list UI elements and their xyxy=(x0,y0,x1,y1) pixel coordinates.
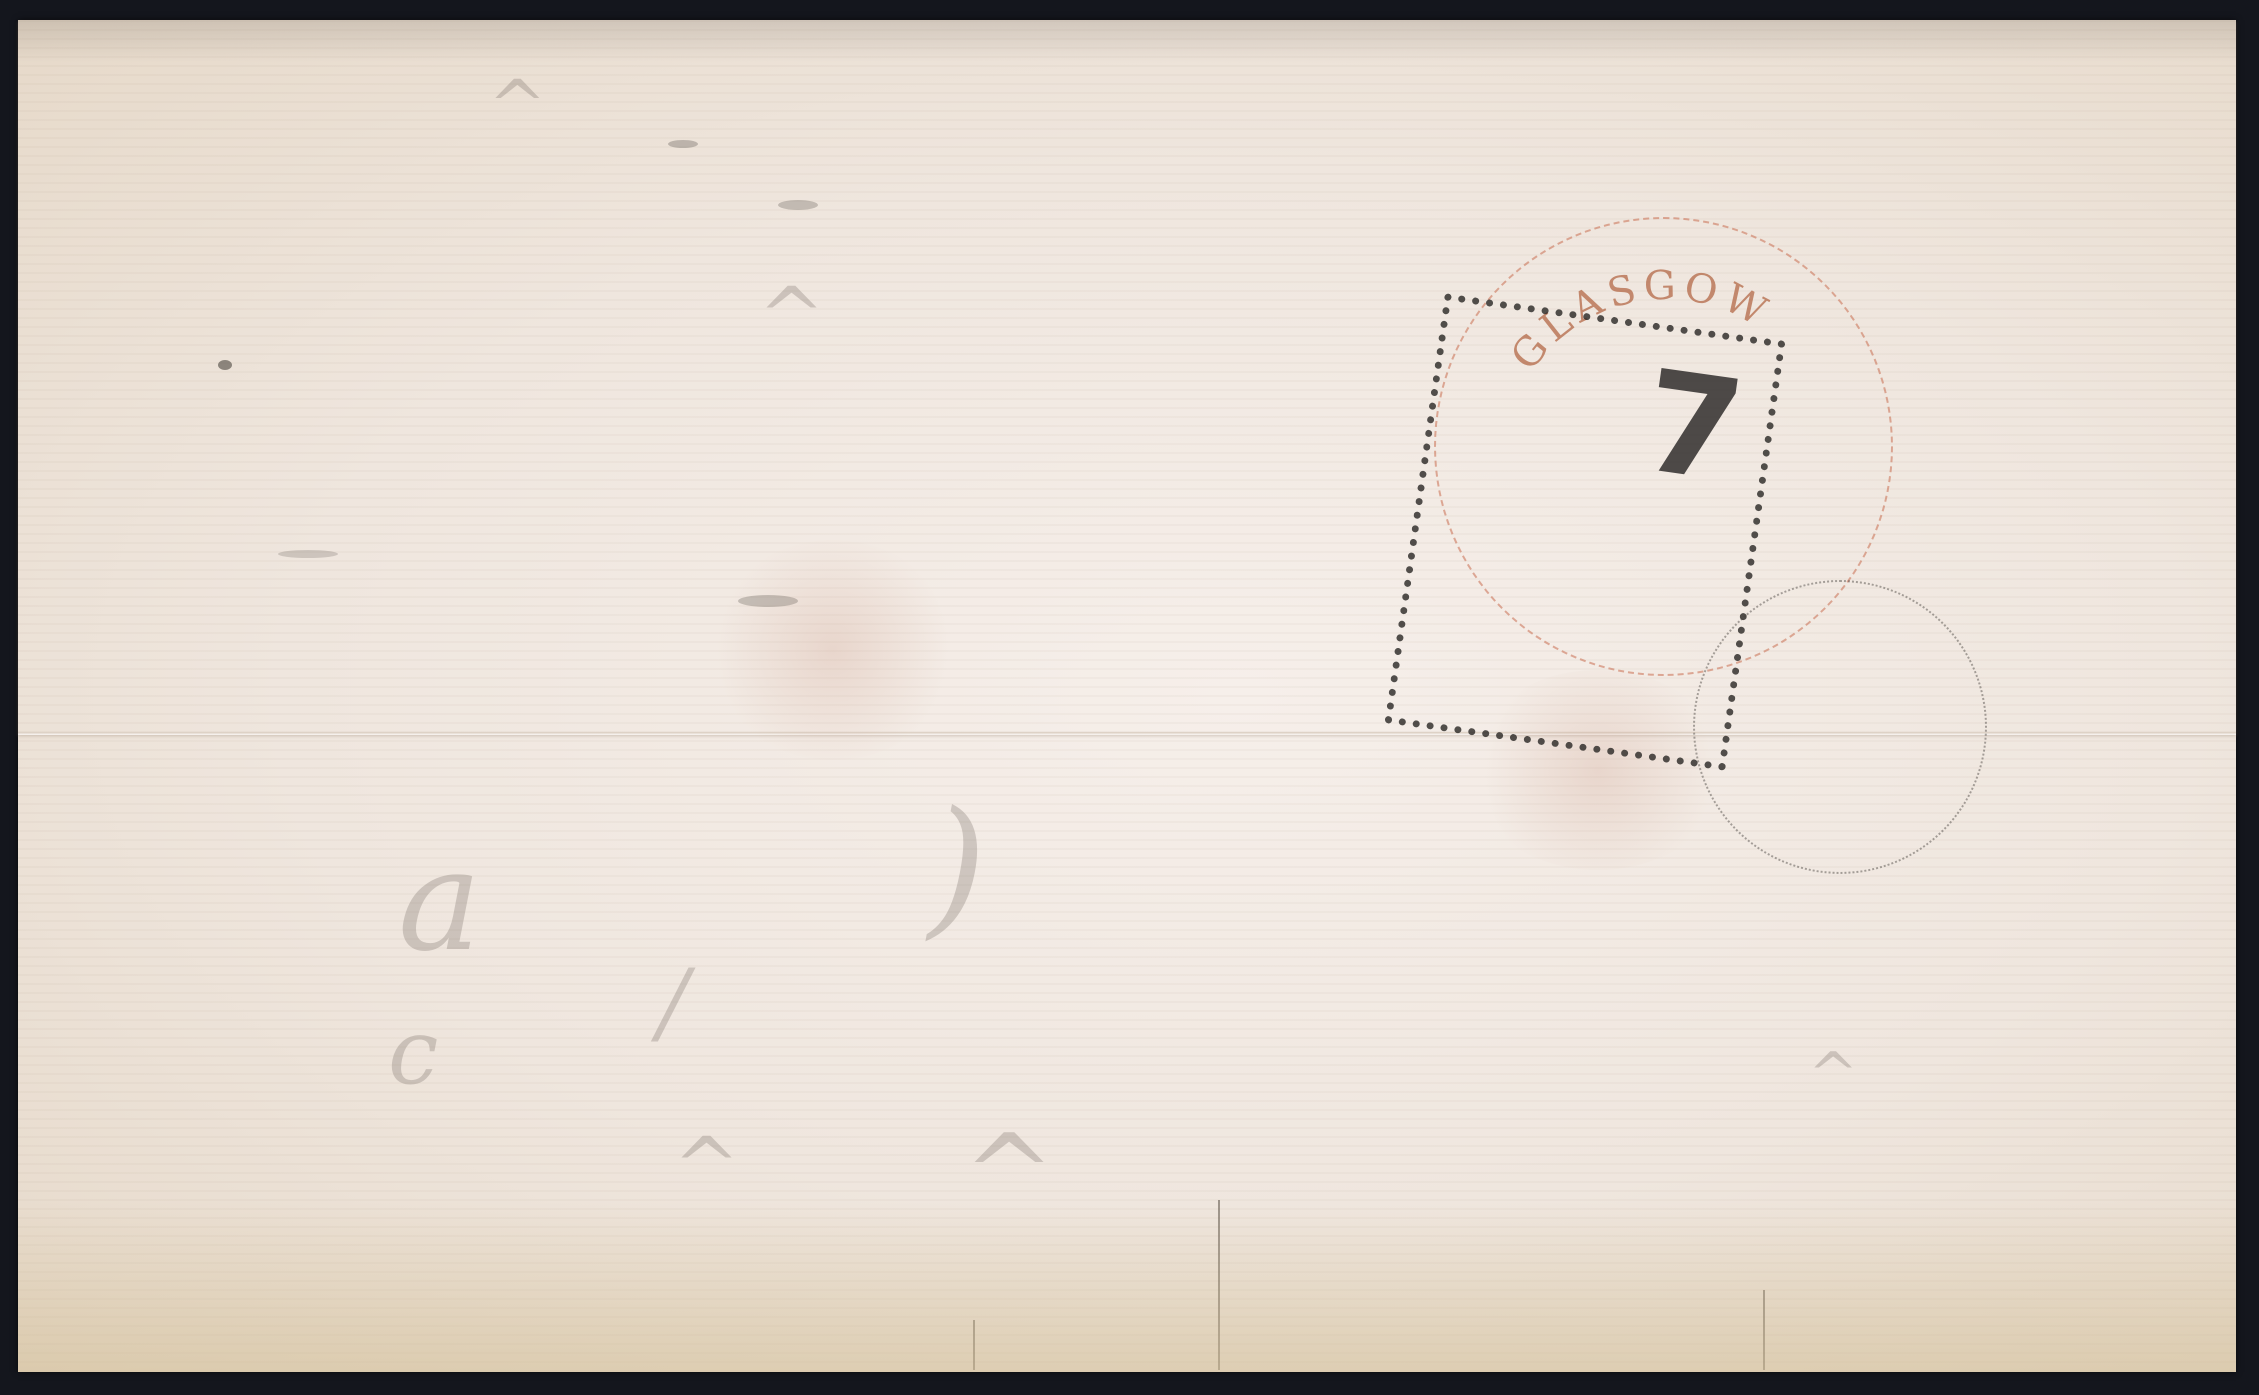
letter-sheet: ^ ^ a / c ^ ^ ) ^ GLASGOW 7 xyxy=(18,20,2236,1372)
show-through-glyph: ) xyxy=(928,780,987,954)
stain xyxy=(708,540,958,760)
ink-speck xyxy=(218,360,232,370)
show-through-glyph: a xyxy=(398,820,481,983)
show-through-glyph: / xyxy=(658,950,688,1055)
handstamp-numeral: 7 xyxy=(1633,340,1752,515)
ink-speck xyxy=(278,550,338,558)
ink-speck xyxy=(778,200,818,210)
black-receiving-postmark xyxy=(1693,580,1987,874)
show-through-glyph: c xyxy=(388,1000,438,1105)
edge-tear xyxy=(1218,1200,1220,1370)
show-through-glyph: ^ xyxy=(673,1120,740,1213)
show-through-glyph: ^ xyxy=(963,1110,1055,1238)
ink-speck xyxy=(738,595,798,607)
show-through-glyph: ^ xyxy=(1808,1040,1858,1110)
edge-tear xyxy=(1763,1290,1765,1370)
ink-speck xyxy=(668,140,698,148)
edge-tear xyxy=(973,1320,975,1370)
